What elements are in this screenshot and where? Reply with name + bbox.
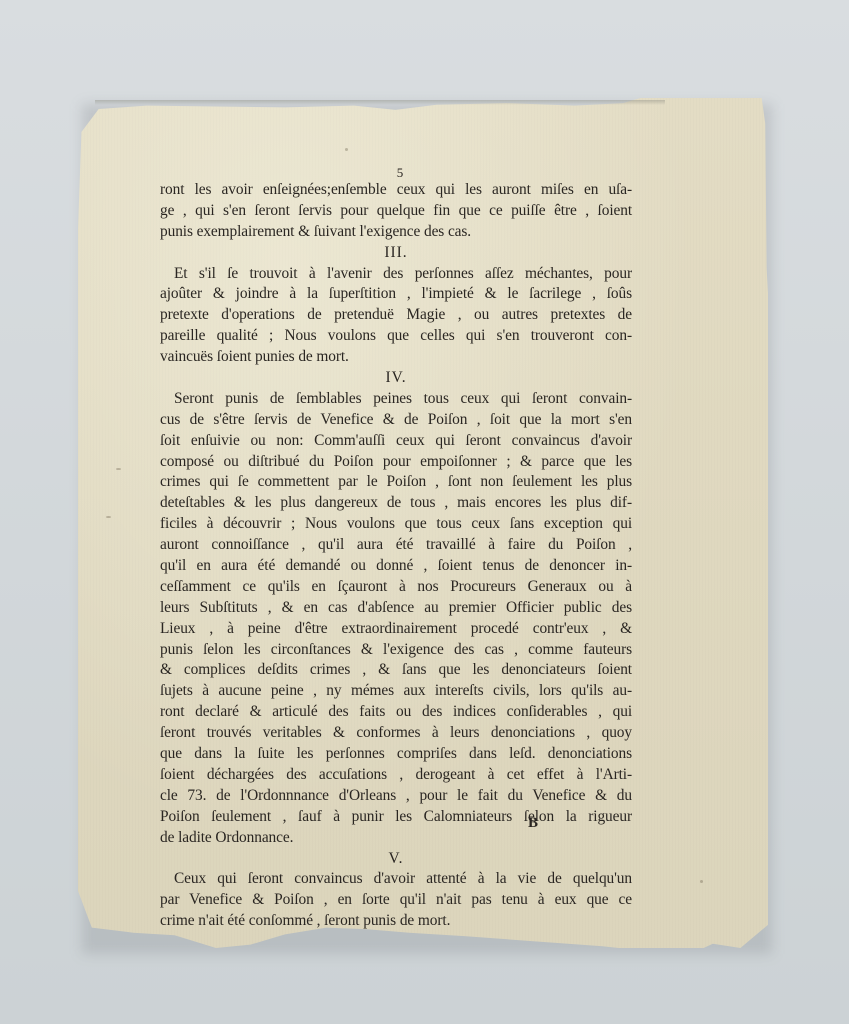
paragraph-container: ront les avoir enſeignées;enſemble ceux … — [160, 180, 632, 932]
text-line: ajoûter & joindre à la ſuperſtition , l'… — [160, 284, 632, 305]
text-line: auront connoiſſance , qu'il aura été tra… — [160, 535, 632, 556]
text-line: ront declaré & articulé des faits ou des… — [160, 702, 632, 723]
text-line: que dans la ſuite les perſonnes compriſe… — [160, 744, 632, 765]
text-line: ceſſamment ce qu'ils en ſçauront à nos P… — [160, 577, 632, 598]
paragraph: Ceux qui ſeront convaincus d'avoir atten… — [160, 869, 632, 932]
text-line: cus de s'être ſervis de Venefice & de Po… — [160, 410, 632, 431]
text-line: ſujets à aucune peine , ny mémes aux int… — [160, 681, 632, 702]
paper-speck — [106, 516, 111, 518]
paper-top-edge — [95, 100, 665, 105]
text-line: punis ſelon les circonſtances & l'exigen… — [160, 640, 632, 661]
paragraph: Et s'il ſe trouvoit à l'avenir des perſo… — [160, 264, 632, 368]
text-line: pareille qualité ; Nous voulons que cell… — [160, 326, 632, 347]
text-line: Seront punis de ſemblables peines tous c… — [160, 389, 632, 410]
paper-speck — [700, 880, 703, 883]
text-line: par Venefice & Poiſon , en ſorte qu'il n… — [160, 890, 632, 911]
text-line: Poiſon ſeulement , ſauf à punir les Calo… — [160, 807, 632, 828]
text-line: cle 73. de l'Ordonnnance d'Orleans , pou… — [160, 786, 632, 807]
article-heading: III. — [160, 243, 632, 264]
article-heading: IV. — [160, 368, 632, 389]
paragraph: ront les avoir enſeignées;enſemble ceux … — [160, 180, 632, 243]
text-line: crimes qui ſe commettent par le Poiſon ,… — [160, 472, 632, 493]
article-heading: V. — [160, 849, 632, 870]
text-line: ge , qui s'en ſeront ſervis pour quelque… — [160, 201, 632, 222]
text-line: Et s'il ſe trouvoit à l'avenir des perſo… — [160, 264, 632, 285]
signature-mark: B — [528, 815, 538, 832]
text-line: ſeront trouvés veritables & conformes à … — [160, 723, 632, 744]
text-line: ront les avoir enſeignées;enſemble ceux … — [160, 180, 632, 201]
paper-speck — [116, 468, 121, 470]
document-body: 5 ront les avoir enſeignées;enſemble ceu… — [160, 166, 632, 932]
text-line: & complices deſdits crimes , & ſans que … — [160, 660, 632, 681]
text-line: ſoit enſuivie ou non: Comm'auſſi ceux qu… — [160, 431, 632, 452]
text-line: punis exemplairement & ſuivant l'exigenc… — [160, 222, 632, 243]
text-line: leurs Subſtituts , & en cas d'abſence au… — [160, 598, 632, 619]
text-line: vaincuës ſoient punies de mort. — [160, 347, 632, 368]
text-line: pretexte d'operations de pretenduë Magie… — [160, 305, 632, 326]
text-line: Ceux qui ſeront convaincus d'avoir atten… — [160, 869, 632, 890]
text-line: ſoient déchargées des accuſations , dero… — [160, 765, 632, 786]
paper-speck — [345, 148, 348, 151]
text-line: de ladite Ordonnance. — [160, 828, 632, 849]
text-line: ficiles à découvrir ; Nous voulons que t… — [160, 514, 632, 535]
page-number: 5 — [160, 166, 632, 180]
text-line: crime n'ait été conſommé , ſeront punis … — [160, 911, 632, 932]
text-line: composé ou diſtribué du Poiſon pour empo… — [160, 452, 632, 473]
paragraph: Seront punis de ſemblables peines tous c… — [160, 389, 632, 849]
text-line: qu'il en aura été demandé ou donné , ſoi… — [160, 556, 632, 577]
text-line: Lieux , à peine d'être extraordinairemen… — [160, 619, 632, 640]
text-line: deteſtables & les plus dangereux de tous… — [160, 493, 632, 514]
